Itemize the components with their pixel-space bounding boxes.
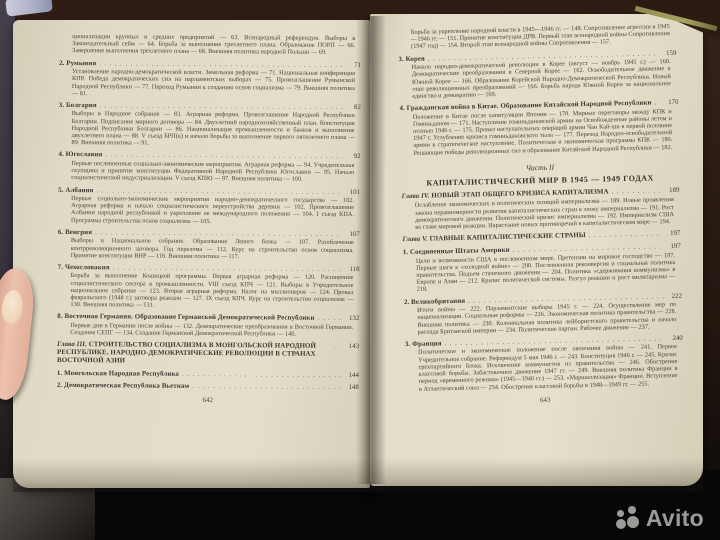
toc-continuation-text: ционализации крупных и средних предприят… (72, 33, 355, 57)
toc-entry-body: Цели и возможности США в послевоенном ми… (416, 252, 676, 294)
dot-leader: . . . . . . . . . . . . . . . . . . . . … (589, 230, 663, 239)
avito-logo-icon (616, 506, 641, 531)
toc-page-number: 189 (664, 187, 679, 194)
toc-entry-label: 6. Венгрия (58, 229, 92, 236)
toc-item: 6. Венгрия. . . . . . . . . . . . . . . … (58, 229, 360, 261)
dot-leader: . . . . . . . . . . . . . . . . . . . . … (105, 152, 342, 161)
toc-page-number: 170 (663, 99, 678, 106)
toc-item: Часть IIКАПИТАЛИСТИЧЕСКИЙ МИР В 1945 — 1… (401, 160, 679, 188)
toc-row: 1. Монгольская Народная Республика. . . … (57, 370, 359, 379)
dot-leader: . . . . . . . . . . . . . . . . . . . . … (95, 229, 342, 238)
toc-item: 1. Соединенные Штаты Америки. . . . . . … (403, 243, 682, 294)
toc-item: 2. Великобритания. . . . . . . . . . . .… (404, 292, 683, 336)
chapter-prefix: Глава III. (57, 341, 89, 348)
toc-continuation-text: Борьба за укрепление народной власти в 1… (411, 23, 670, 50)
toc-row: 2. Румыния. . . . . . . . . . . . . . . … (59, 60, 361, 69)
fingernail (0, 289, 24, 325)
right-page-toc: Борьба за укрепление народной власти в 1… (398, 23, 684, 407)
toc-entry-body: Положение в Китае после капитуляции Япон… (413, 108, 673, 157)
dot-leader: . . . . . . . . . . . . . . . . . . . . … (182, 371, 341, 379)
toc-row: 6. Венгрия. . . . . . . . . . . . . . . … (58, 229, 360, 238)
toc-row: Глава V. ГЛАВНЫЕ КАПИТАЛИСТИЧЕСКИЕ СТРАН… (402, 230, 680, 244)
toc-item: 8. Восточная Германия. Образование Герма… (57, 313, 359, 338)
toc-entry-body: Первые социально-экономические мероприят… (71, 195, 354, 226)
toc-entry-body: Первые дни в Германии после войны — 132.… (70, 322, 353, 338)
toc-entry-body: Политическое и экономическое положение п… (418, 343, 678, 392)
toc-row: 7. Чехословакия. . . . . . . . . . . . .… (58, 264, 360, 273)
toc-entry-label: 2. Демократическая Республика Вьетнам (57, 382, 189, 390)
dot-leader: . . . . . . . . . . . . . . . . . . . . … (654, 99, 660, 106)
chapter-prefix: Глава IV. (401, 192, 431, 200)
avito-watermark: Avito (616, 505, 704, 532)
toc-entry-label: 2. Румыния (59, 60, 96, 67)
dot-leader: . . . . . . . . . . . . . . . . . . . . … (192, 383, 341, 391)
toc-entry-label: 1. Монгольская Народная Республика (57, 370, 179, 378)
toc-entry-body: Первые послевоенные социально-экономичес… (71, 160, 354, 184)
toc-entry-body: Начало народно-демократической революции… (412, 58, 672, 100)
toc-page-number: 240 (668, 335, 683, 342)
toc-row: 8. Восточная Германия. Образование Герма… (57, 313, 359, 322)
toc-entry-label: 3. Болгария (59, 102, 97, 109)
photo-of-open-book: ционализации крупных и средних предприят… (0, 0, 720, 540)
toc-page-number: 222 (667, 292, 682, 299)
toc-entry-body: Выборы в Национальное собрание. Образова… (71, 237, 354, 261)
toc-item: Глава IV. НОВЫЙ ЭТАП ОБЩЕГО КРИЗИСА КАПИ… (401, 187, 680, 232)
toc-item: 3. Франция. . . . . . . . . . . . . . . … (405, 335, 684, 393)
toc-entry-body: Ослабление экономических и политических … (415, 196, 675, 231)
dot-leader: . . . . . . . . . . . . . . . . . . . . … (335, 343, 341, 350)
toc-entry-body: Установление народно-демократической вла… (72, 68, 355, 99)
toc-entry-label: 2. Великобритания (404, 297, 465, 305)
toc-entry-label: 7. Чехословакия (58, 264, 110, 271)
toc-row: Глава III. СТРОИТЕЛЬСТВО СОЦИАЛИЗМА В МО… (57, 341, 359, 367)
toc-row: 4. Югославия. . . . . . . . . . . . . . … (58, 151, 360, 160)
dot-leader: . . . . . . . . . . . . . . . . . . . . … (100, 102, 343, 111)
toc-entry-label: Глава III. СТРОИТЕЛЬСТВО СОЦИАЛИЗМА В МО… (57, 341, 332, 367)
toc-row: 5. Албания. . . . . . . . . . . . . . . … (58, 186, 360, 195)
toc-item: 2. Демократическая Республика Вьетнам. .… (57, 382, 359, 391)
toc-item: Глава V. ГЛАВНЫЕ КАПИТАЛИСТИЧЕСКИЕ СТРАН… (402, 230, 680, 244)
toc-page-number: 197 (666, 243, 681, 250)
toc-row: 2. Демократическая Республика Вьетнам. .… (57, 382, 359, 391)
dot-leader: . . . . . . . . . . . . . . . . . . . . … (318, 315, 342, 322)
dot-leader: . . . . . . . . . . . . . . . . . . . . … (96, 187, 342, 196)
toc-page-number: 197 (665, 230, 680, 237)
toc-entry-label: Глава V. ГЛАВНЫЕ КАПИТАЛИСТИЧЕСКИЕ СТРАН… (402, 232, 585, 244)
object-top-left (5, 0, 53, 17)
toc-item: 5. Албания. . . . . . . . . . . . . . . … (58, 186, 360, 225)
part-title: КАПИТАЛИСТИЧЕСКИЙ МИР В 1945 — 1949 ГОДА… (401, 173, 679, 188)
toc-entry-label: 5. Албания (58, 186, 93, 193)
toc-entry-label: 3. Франция (405, 340, 442, 348)
toc-item: 4. Гражданская война в Китае. Образовани… (399, 99, 678, 157)
toc-entry-body: Выборы в Народное собрание — 83. Аграрна… (72, 110, 355, 148)
toc-row: 3. Болгария. . . . . . . . . . . . . . .… (59, 102, 361, 111)
toc-entry-body: Итоги войны — 222. Парламентские выборы … (417, 301, 677, 336)
toc-item: 2. Румыния. . . . . . . . . . . . . . . … (59, 60, 361, 99)
dot-leader: . . . . . . . . . . . . . . . . . . . . … (99, 60, 343, 69)
toc-item: 1. Монгольская Народная Республика. . . … (57, 370, 359, 379)
toc-item: 3. Болгария. . . . . . . . . . . . . . .… (59, 102, 361, 149)
toc-item: 4. Югославия. . . . . . . . . . . . . . … (58, 151, 360, 183)
toc-item: ционализации крупных и средних предприят… (59, 33, 361, 57)
chapter-prefix: Глава V. (402, 236, 429, 244)
toc-item: 3. Корея. . . . . . . . . . . . . . . . … (398, 49, 677, 100)
left-toc-list: ционализации крупных и средних предприят… (57, 33, 361, 391)
toc-entry-label: 4. Югославия (58, 151, 102, 158)
left-page-toc: ционализации крупных и средних предприят… (57, 33, 362, 405)
toc-entry-label: 8. Восточная Германия. Образование Герма… (57, 313, 314, 322)
book-gutter-shadow (356, 16, 386, 484)
dot-leader: . . . . . . . . . . . . . . . . . . . . … (612, 187, 662, 195)
toc-item: Глава III. СТРОИТЕЛЬСТВО СОЦИАЛИЗМА В МО… (57, 341, 359, 367)
toc-entry-label: 3. Корея (398, 55, 425, 63)
toc-page-number: 159 (661, 49, 676, 56)
toc-item: 7. Чехословакия. . . . . . . . . . . . .… (57, 264, 359, 311)
toc-entry-body: Борьба за выполнение Кошицкой программы.… (70, 273, 353, 311)
right-toc-list: Борьба за укрепление народной власти в 1… (398, 23, 684, 393)
dot-leader: . . . . . . . . . . . . . . . . . . . . … (113, 264, 342, 273)
avito-wordmark: Avito (646, 505, 704, 532)
